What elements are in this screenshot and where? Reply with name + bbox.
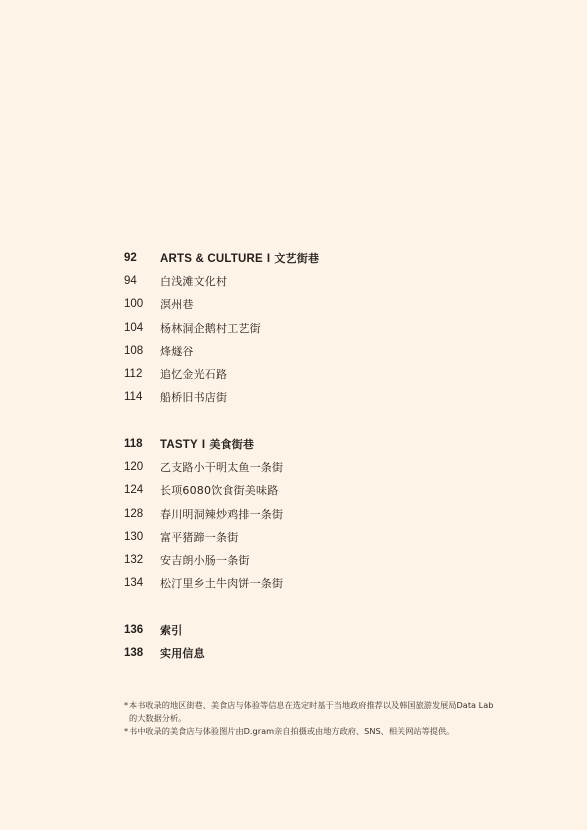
appendix-title: 实用信息 [160, 645, 205, 661]
entry-title: 溟州巷 [160, 296, 194, 312]
page-number: 114 [124, 391, 160, 403]
separator: I [202, 439, 205, 451]
section-title-en: ARTS & CULTURE [160, 253, 263, 265]
entry-title: 船桥旧书店街 [160, 389, 227, 405]
toc-entry[interactable]: 132 安吉朗小肠一条街 [124, 551, 250, 569]
page-number: 104 [124, 322, 160, 334]
footnote-marker: * [124, 699, 128, 712]
page-number: 132 [124, 554, 160, 566]
toc-entry[interactable]: 124 长项6080饮食街美味路 [124, 481, 278, 499]
footnote: * 本书收录的地区街巷、美食店与体验等信息在选定时基于当地政府推荐以及韩国旅游发… [124, 699, 534, 725]
toc-entry[interactable]: 114 船桥旧书店街 [124, 388, 227, 406]
footnote-marker: * [124, 725, 128, 738]
page-number: 138 [124, 647, 160, 659]
entry-title: 春川明洞辣炒鸡排一条街 [160, 506, 283, 522]
page-number: 112 [124, 368, 160, 380]
section-title: TASTY I 美食街巷 [160, 436, 254, 452]
toc-entry[interactable]: 128 春川明洞辣炒鸡排一条街 [124, 505, 283, 523]
entry-title: 杨林洞企鹅村工艺街 [160, 320, 261, 336]
page-number: 94 [124, 275, 160, 287]
page-number: 128 [124, 508, 160, 520]
section-title-zh: 美食街巷 [209, 438, 254, 451]
page-number: 108 [124, 345, 160, 357]
entry-title: 白浅滩文化村 [160, 273, 227, 289]
separator: I [267, 253, 270, 265]
appendix-title: 索引 [160, 622, 182, 638]
toc-appendix-index[interactable]: 136 索引 [124, 621, 182, 639]
page-number: 130 [124, 531, 160, 543]
toc-appendix-practical-info[interactable]: 138 实用信息 [124, 644, 205, 662]
section-title: ARTS & CULTURE I 文艺街巷 [160, 250, 319, 266]
page-number: 134 [124, 577, 160, 589]
page-number: 100 [124, 298, 160, 310]
toc-entry[interactable]: 94 白浅滩文化村 [124, 272, 227, 290]
entry-title: 烽燧谷 [160, 343, 194, 359]
page-number: 92 [124, 252, 160, 264]
section-title-zh: 文艺街巷 [274, 252, 319, 265]
toc-entry[interactable]: 130 富平猪蹄一条街 [124, 528, 238, 546]
entry-title: 乙支路小干明太鱼一条街 [160, 459, 283, 475]
toc-entry[interactable]: 104 杨林洞企鹅村工艺街 [124, 319, 261, 337]
toc-section-heading-arts-culture[interactable]: 92 ARTS & CULTURE I 文艺街巷 [124, 249, 319, 267]
entry-title: 松汀里乡土牛肉饼一条街 [160, 575, 283, 591]
entry-title: 安吉朗小肠一条街 [160, 552, 250, 568]
page-number: 118 [124, 438, 160, 450]
toc-entry[interactable]: 120 乙支路小干明太鱼一条街 [124, 458, 283, 476]
toc-entry[interactable]: 108 烽燧谷 [124, 342, 194, 360]
footnote-line: 本书收录的地区街巷、美食店与体验等信息在选定时基于当地政府推荐以及韩国旅游发展局… [129, 699, 534, 712]
page-number: 120 [124, 461, 160, 473]
toc-section-heading-tasty[interactable]: 118 TASTY I 美食街巷 [124, 435, 254, 453]
entry-title: 追忆金光石路 [160, 366, 227, 382]
page-number: 124 [124, 484, 160, 496]
page-number: 136 [124, 624, 160, 636]
footnote-line: 的大数据分析。 [129, 712, 534, 725]
footnotes: * 本书收录的地区街巷、美食店与体验等信息在选定时基于当地政府推荐以及韩国旅游发… [124, 699, 534, 738]
footnote-line: 书中收录的美食店与体验图片由D.gram亲自拍摄或由地方政府、SNS、相关网站等… [129, 725, 534, 738]
toc-entry[interactable]: 134 松汀里乡土牛肉饼一条街 [124, 574, 283, 592]
footnote: * 书中收录的美食店与体验图片由D.gram亲自拍摄或由地方政府、SNS、相关网… [124, 725, 534, 738]
section-title-en: TASTY [160, 439, 198, 451]
toc-entry[interactable]: 100 溟州巷 [124, 295, 194, 313]
entry-title: 富平猪蹄一条街 [160, 529, 238, 545]
entry-title: 长项6080饮食街美味路 [160, 482, 278, 498]
toc-entry[interactable]: 112 追忆金光石路 [124, 365, 227, 383]
